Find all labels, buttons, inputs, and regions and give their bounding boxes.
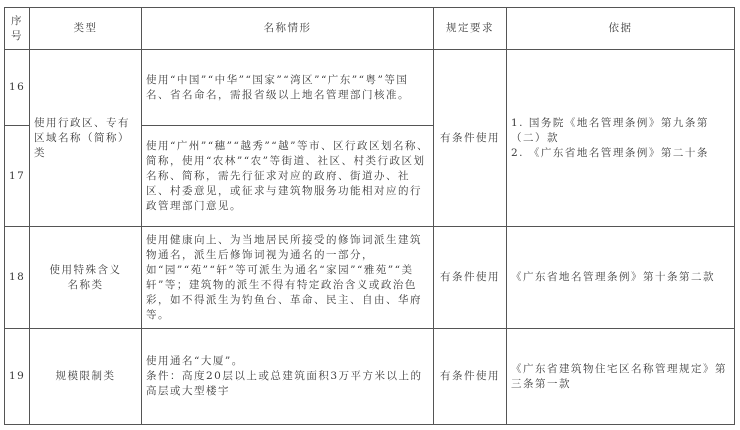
table-row: 16 使用行政区、专有区域名称（简称）类 使用“中国”“中华”“国家”“湾区”“… (5, 50, 735, 126)
row-basis: 1. 国务院《地名管理条例》第九条第（二）款 2. 《广东省地名管理条例》第二十… (507, 50, 735, 227)
row-requirement: 有条件使用 (434, 227, 507, 329)
header-row: 序号 类型 名称情形 规定要求 依据 (5, 8, 735, 50)
row-name-case: 使用“广州”“穗”“越秀”“越”等市、区行政区划名称、简称，使用“农林”“农”等… (142, 126, 434, 227)
basis-item: 1. 国务院《地名管理条例》第九条第（二）款 (511, 116, 730, 146)
row-type: 使用特殊含义名称类 (30, 227, 142, 329)
header-basis: 依据 (507, 8, 735, 50)
row-index: 17 (5, 126, 30, 227)
basis-item: 2. 《广东省地名管理条例》第二十条 (511, 146, 730, 161)
row-index: 19 (5, 329, 30, 425)
name-case-line: 使用通名“大厦”。 (146, 354, 429, 369)
header-type: 类型 (30, 8, 142, 50)
row-name-case: 使用通名“大厦”。 条件：高度20层以上或总建筑面积3万平方米以上的高层或大型楼… (142, 329, 434, 425)
row-name-case: 使用“中国”“中华”“国家”“湾区”“广东”“粤”等国名、省名命名，需报省级以上… (142, 50, 434, 126)
table-row: 19 规模限制类 使用通名“大厦”。 条件：高度20层以上或总建筑面积3万平方米… (5, 329, 735, 425)
name-case-condition: 条件：高度20层以上或总建筑面积3万平方米以上的高层或大型楼宇 (146, 369, 429, 399)
row-type: 规模限制类 (30, 329, 142, 425)
row-basis: 《广东省建筑物住宅区名称管理规定》第三条第一款 (507, 329, 735, 425)
row-index: 16 (5, 50, 30, 126)
row-index: 18 (5, 227, 30, 329)
row-requirement: 有条件使用 (434, 50, 507, 227)
table-row: 18 使用特殊含义名称类 使用健康向上、为当地居民所接受的修饰词派生建筑物通名，… (5, 227, 735, 329)
header-name-case: 名称情形 (142, 8, 434, 50)
header-index: 序号 (5, 8, 30, 50)
row-requirement: 有条件使用 (434, 329, 507, 425)
row-type: 使用行政区、专有区域名称（简称）类 (30, 50, 142, 227)
naming-rules-table: 序号 类型 名称情形 规定要求 依据 16 使用行政区、专有区域名称（简称）类 … (4, 7, 735, 425)
header-requirement: 规定要求 (434, 8, 507, 50)
row-name-case: 使用健康向上、为当地居民所接受的修饰词派生建筑物通名，派生后修饰词视为通名的一部… (142, 227, 434, 329)
row-basis: 《广东省地名管理条例》第十条第二款 (507, 227, 735, 329)
